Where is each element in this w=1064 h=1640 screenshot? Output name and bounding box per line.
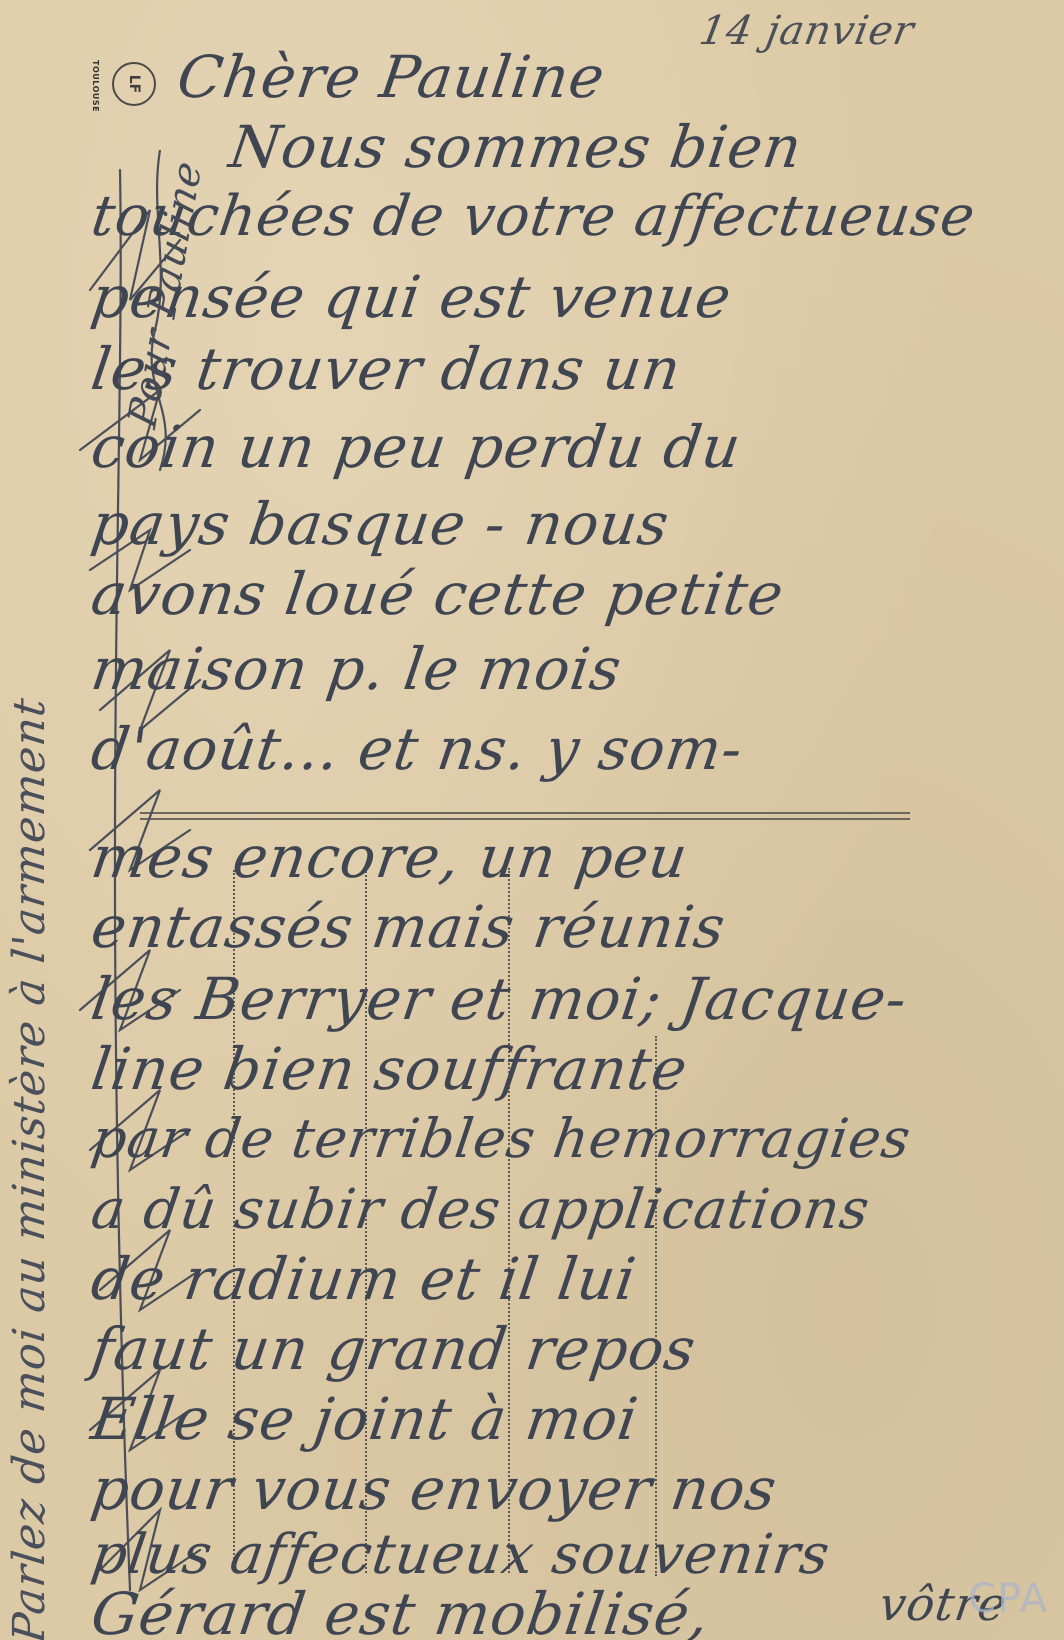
letter-line: Gérard est mobilisé, — [88, 1585, 713, 1640]
publisher-logo-text: LF — [126, 75, 142, 93]
publisher-logo-icon: LF — [112, 62, 156, 106]
letter-line: Elle se joint à moi — [88, 1390, 642, 1448]
salutation: Chère Pauline — [174, 48, 609, 106]
letter-line: Nous sommes bien — [226, 118, 806, 176]
letter-line: d'août... et ns. y som- — [88, 720, 747, 778]
letter-line: de radium et il lui — [88, 1250, 640, 1308]
margin-note-left: Parlez de moi au ministère à l'armement — [4, 695, 55, 1640]
printed-rule-bottom — [140, 818, 910, 820]
letter-line: line bien souffrante — [88, 1040, 691, 1098]
letter-line: a dû subir des applications — [88, 1180, 874, 1238]
letter-line: coin un peu perdu du — [88, 418, 745, 476]
printed-rule-top — [140, 812, 910, 814]
publisher-label: TOULOUSE — [91, 60, 100, 112]
letter-line: pays basque - nous — [88, 495, 673, 553]
letter-date: 14 janvier — [696, 8, 918, 54]
watermark: CPA — [968, 1576, 1048, 1622]
letter-line: mes encore, un peu — [88, 828, 692, 886]
letter-line: entassés mais réunis — [88, 898, 729, 956]
letter-line: faut un grand repos — [88, 1320, 700, 1378]
letter-line: maison p. le mois — [88, 640, 625, 698]
letter-line: par de terribles hemorragies — [88, 1110, 915, 1168]
letter-line: les Berryer et moi; Jacque- — [88, 970, 911, 1028]
letter-line: avons loué cette petite — [88, 565, 788, 623]
letter-line: touchées de votre affectueuse — [88, 188, 979, 246]
letter-line: pour vous envoyer nos — [88, 1460, 781, 1518]
letter-line: plus affectueux souvenirs — [88, 1525, 834, 1583]
postcard: TOULOUSE LF 14 janvier Chère Pauline Nou… — [0, 0, 1064, 1640]
